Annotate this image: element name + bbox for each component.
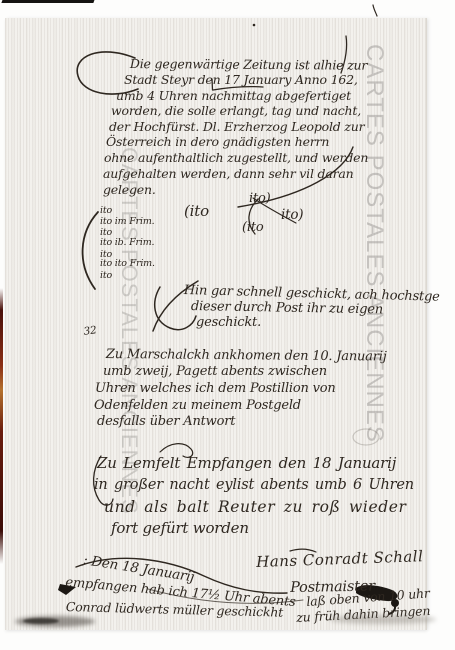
cito-mark: (ito [242, 221, 263, 234]
handwriting-line: Uhren welches ich dem Postillion von [95, 382, 336, 395]
watermark-right: CARTES POSTALES ANCIENNES [360, 44, 388, 443]
cito-mark: ito) [249, 192, 270, 205]
handwriting-line: in großer nacht eylist abents umb 6 Uhre… [94, 478, 414, 493]
handwriting-line: Odenfelden zu meinem Postgeld [94, 399, 301, 412]
handwriting-line: ohne aufenthaltlich zugestellt, und werd… [104, 152, 368, 165]
handwriting-line: der Hochfürst. Dl. Erzherzog Leopold zur [109, 121, 364, 134]
cito-list-item: ito ito Frim. [100, 259, 155, 269]
cito-list-item: ito [100, 271, 112, 281]
handwriting-line: umb zweij, Pagett abents zwischen [103, 365, 327, 378]
photo-edge-top [2, 0, 95, 3]
handwriting-line: Zu Lemfelt Empfangen den 18 Januarij [97, 456, 396, 471]
handwriting-line: desfalls über Antwort [97, 415, 235, 428]
handwriting-line: Zu Marschalckh ankhomen den 10. Januarij [106, 348, 387, 363]
handwriting-line: umb 4 Uhren nachmittag abgefertiget [116, 90, 351, 103]
tick-mark [373, 5, 377, 16]
cito-list-item: ito [100, 206, 112, 216]
handwriting-line: fort gefürt worden [111, 521, 249, 536]
handwriting-line: Stadt Steyr den 17 January Anno 162, [124, 74, 358, 87]
manuscript-scan: CARTES POSTALES ANCIENNES CARTES POSTALE… [0, 0, 455, 650]
handwriting-line: dieser durch Post ihr zu eigen [191, 300, 383, 316]
handwriting-line: worden, die solle erlangt, tag und nacht… [111, 105, 361, 118]
cito-mark: (ito [184, 204, 209, 219]
cito-mark: ito) [281, 209, 303, 223]
smudge-bottom-left-core [23, 618, 59, 624]
smudge-bottom-right [330, 615, 436, 624]
photo-edge-left [0, 288, 3, 564]
cito-list-item: ito ib. Frim. [100, 238, 154, 248]
handwriting-line: geschickt. [196, 316, 261, 329]
handwriting-line: aufgehalten werden, dann sehr vil daran [103, 168, 353, 181]
cito-list-item: ito im Frim. [100, 217, 154, 227]
handwriting-line: und als balt Reuter zu roß wieder [104, 500, 407, 516]
handwriting-line: gelegen. [103, 184, 156, 197]
handwriting-line: Die gegenwärtige Zeitung ist alhie zur [130, 58, 367, 72]
signature-title: Postmaister [290, 580, 375, 596]
margin-mark: 32 [83, 325, 97, 337]
handwriting-line: Österreich in dero gnädigsten herrn [106, 136, 329, 149]
